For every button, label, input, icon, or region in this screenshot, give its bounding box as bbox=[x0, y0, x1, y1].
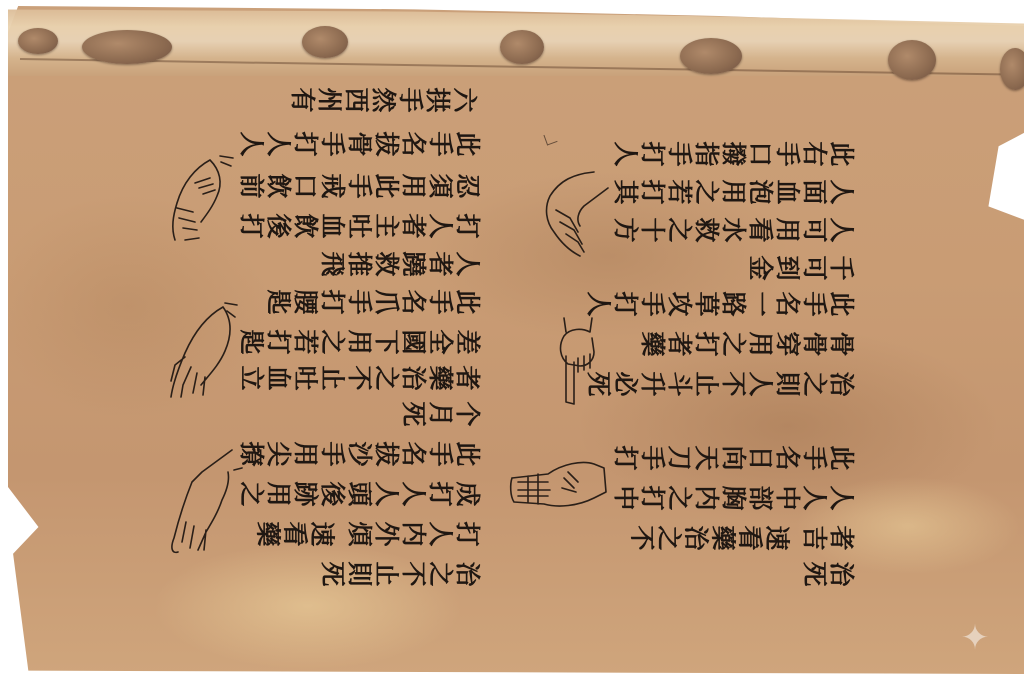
hand-drawing-icon bbox=[162, 442, 247, 562]
binding-knot bbox=[680, 38, 742, 74]
sparkle-icon: ✦ bbox=[960, 618, 990, 658]
binding-knot bbox=[1000, 48, 1024, 90]
hand-drawing-icon bbox=[538, 168, 618, 263]
text-row: 个月死 bbox=[241, 393, 481, 427]
text-row: 此手名日向天刀手打 bbox=[619, 437, 855, 471]
text-row: 此右手口撥指手打人 bbox=[619, 133, 855, 167]
hand-drawing-icon bbox=[165, 148, 240, 248]
hand-drawing-icon bbox=[552, 312, 602, 412]
manuscript-sheet bbox=[8, 6, 1024, 674]
text-row: 此手名拔沙手用尖撩 bbox=[241, 433, 481, 467]
text-row: 此手名爪手打腰匙 bbox=[241, 281, 481, 315]
text-row: 人面血泡用之若打其 bbox=[619, 171, 855, 205]
text-row: 打人者主吐血飲後打 bbox=[241, 205, 481, 239]
text-row: 打人内外煩 速看藥 bbox=[241, 513, 481, 547]
text-row: 忍須用此手戒口飲前 bbox=[241, 165, 481, 199]
text-row: 骨骨穿用之打者藥 bbox=[619, 323, 855, 357]
hand-drawing-icon bbox=[165, 295, 245, 405]
binding-knot bbox=[302, 26, 348, 58]
text-row: 差全國下用之若打匙 bbox=[241, 321, 481, 355]
text-row: 成打人人頭後跡用之 bbox=[241, 473, 481, 507]
text-row: 治死 bbox=[619, 553, 855, 587]
text-row: 治之不止則死 bbox=[241, 553, 481, 587]
text-row: 此手名一路草攻手打人 bbox=[619, 283, 855, 317]
text-row: 此手名拔骨手打人人 bbox=[241, 123, 481, 157]
text-row: 六拱手然西州有 bbox=[282, 79, 478, 113]
text-row: 千可到金 bbox=[619, 247, 855, 281]
binding-knot bbox=[82, 30, 172, 64]
binding-knot bbox=[888, 40, 936, 80]
text-row: 者藥治之不止吐血立 bbox=[241, 357, 481, 391]
text-row: 人者蹺救推飛 bbox=[241, 243, 481, 277]
text-row: 治之則人不止斗升必死 bbox=[619, 363, 855, 397]
hand-drawing-icon bbox=[508, 452, 608, 516]
text-row: 人可用看水救之十方 bbox=[619, 209, 855, 243]
text-row: 人人中部胸内之打中 bbox=[619, 477, 855, 511]
binding-knot bbox=[500, 30, 544, 64]
binding-knot bbox=[18, 28, 58, 54]
text-row: 者吉 速看藥治之不 bbox=[619, 517, 855, 551]
